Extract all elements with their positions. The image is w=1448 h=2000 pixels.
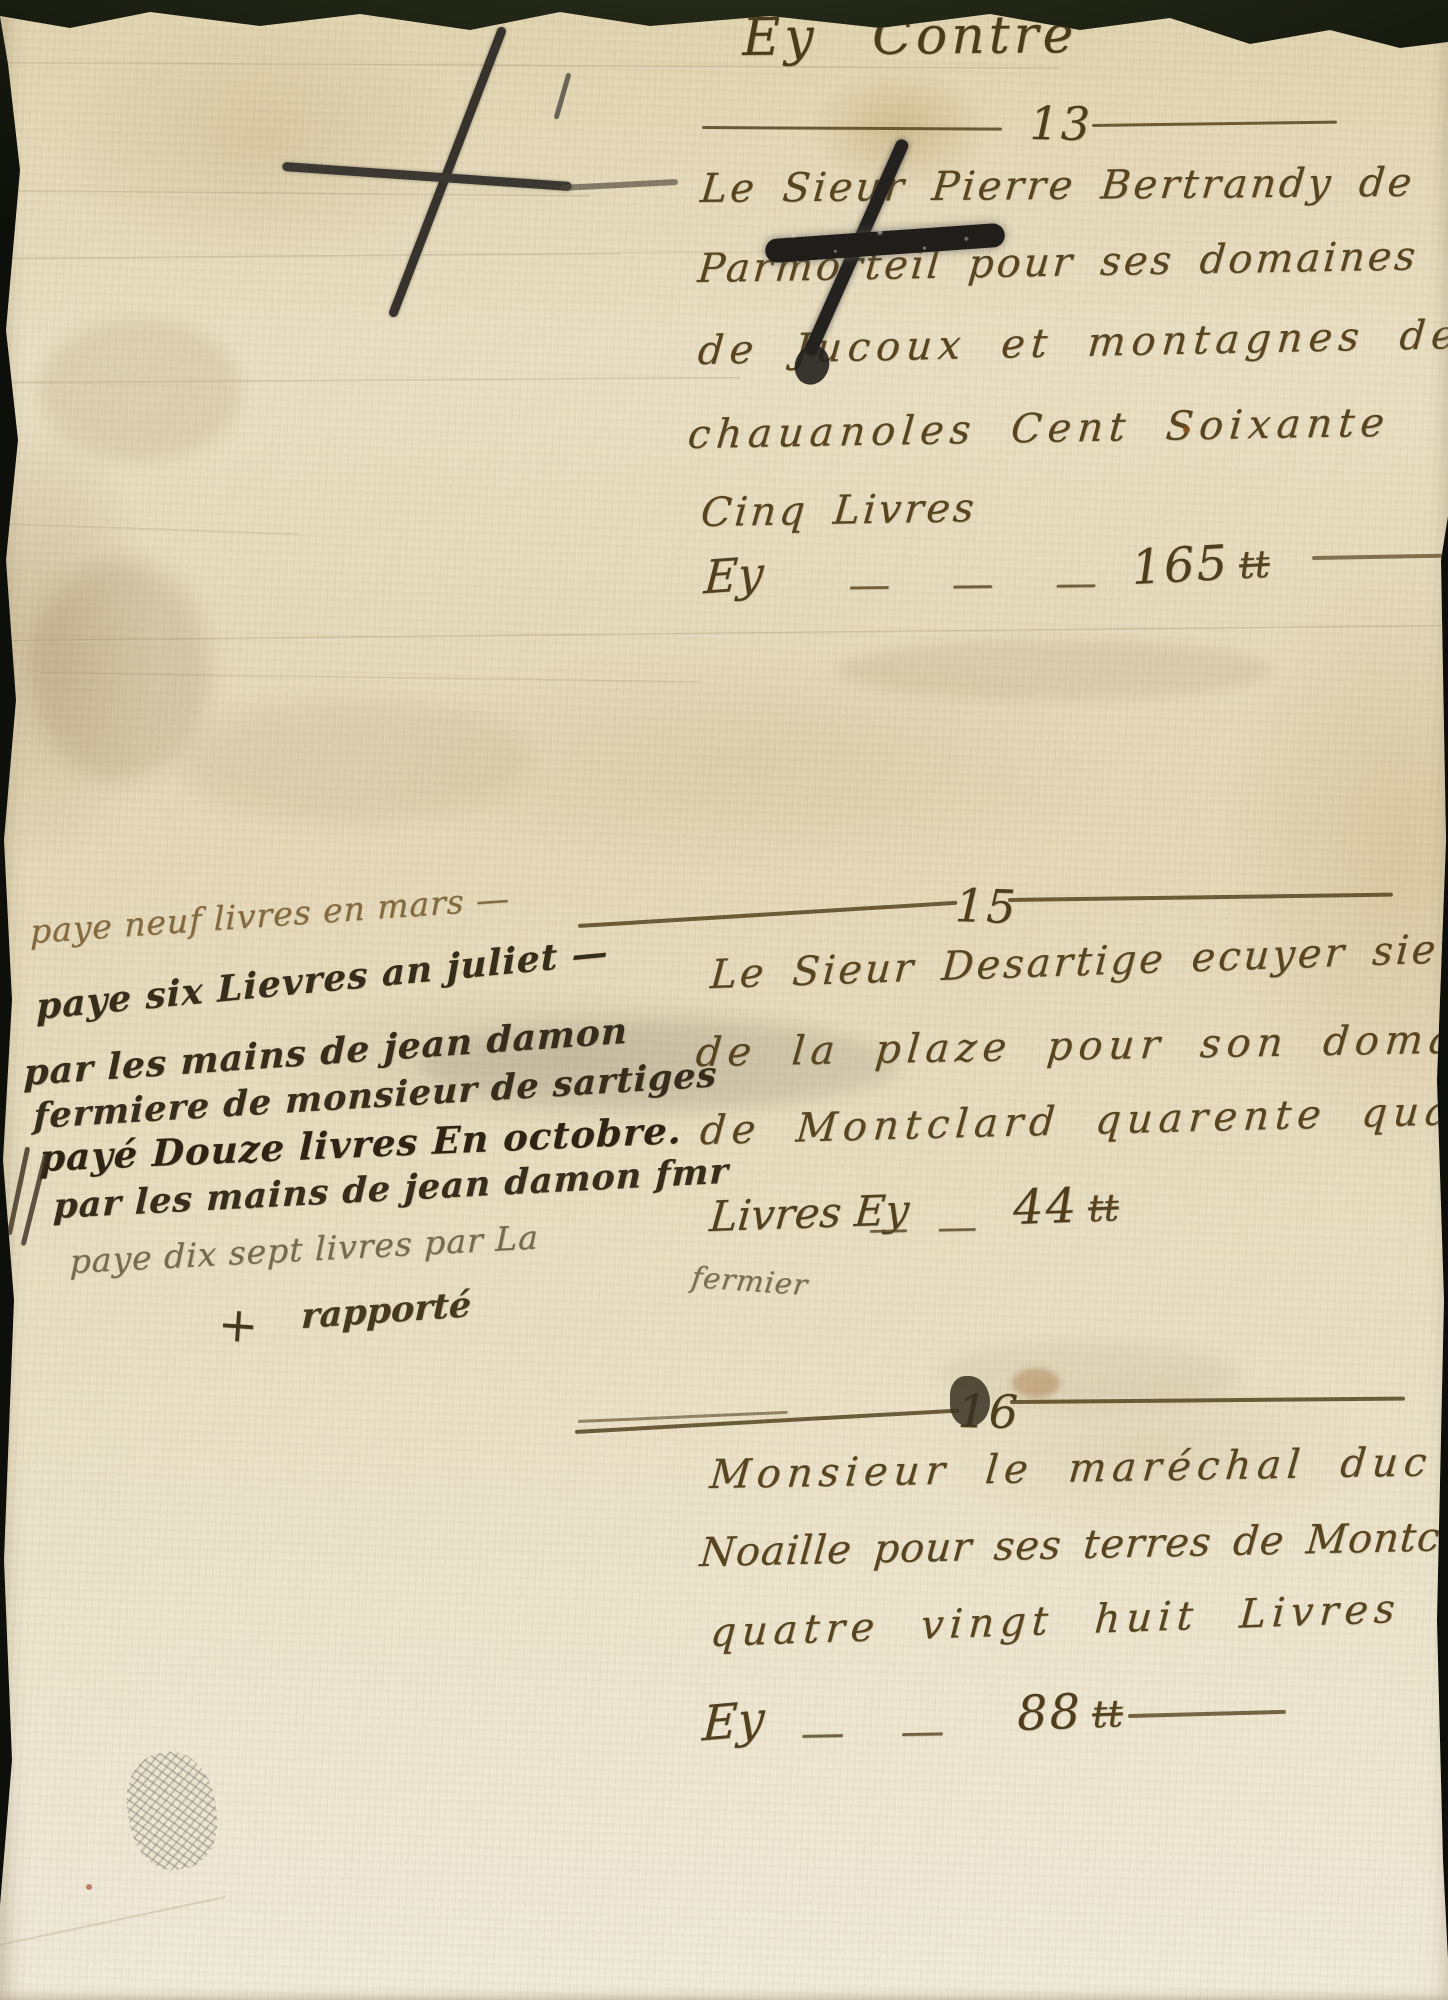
rapporte-cross-mark: +: [216, 1296, 260, 1355]
scan-background: Ey Contre 13 Le Sieur Pierre Bertrandy d…: [0, 0, 1448, 2000]
ink-smudge-hatched: [118, 1745, 225, 1876]
entry-15-rule-left: [578, 901, 958, 928]
ink-bleed-smudge: [180, 700, 530, 820]
ink-bleed-smudge: [30, 560, 210, 780]
entry-13-number: 13: [1029, 96, 1092, 151]
amount-value: 165: [1130, 535, 1230, 596]
entry-15-number: 15: [954, 878, 1018, 934]
entry-16-line: Noaille pour ses terres de Montclard: [698, 1513, 1448, 1576]
crease-line: [0, 523, 300, 536]
entry-16-total-prefix: Ey: [701, 1691, 766, 1753]
entry-15-rule-right: [1008, 893, 1393, 902]
ink-bleed-smudge: [40, 320, 240, 460]
entry-16-total-amount: 88tt: [1016, 1682, 1124, 1742]
entry-15-line: Le Sieur Desartige ecuyer sieur: [709, 925, 1448, 998]
livres-unit: tt: [1238, 542, 1271, 588]
entry-15-total-dashes: — —: [868, 1204, 978, 1252]
entry-16-trailing-dash: [1128, 1710, 1286, 1718]
amount-value: 44: [1012, 1178, 1079, 1236]
entry-15-total-amount: 44tt: [1012, 1176, 1120, 1236]
amount-value: 88: [1016, 1684, 1083, 1742]
entry-13-rule-right: [1092, 121, 1337, 127]
entry-13-line: chauanoles Cent Soixante: [686, 400, 1392, 458]
entry-16-total-dashes: — —: [800, 1705, 945, 1759]
entry-13-line: Cinq Livres: [699, 485, 979, 536]
ink-blot: [950, 1376, 990, 1426]
rust-speck: [86, 1884, 92, 1890]
entry-16-line: quatre vingt huit Livres: [709, 1586, 1403, 1656]
entry-13-total-prefix: Ey: [702, 546, 765, 605]
entry-15-line: de la plaze pour son domaine: [694, 1015, 1448, 1076]
ink-bleed-smudge: [840, 640, 1270, 700]
rust-speck: [1183, 426, 1190, 433]
crease-line: [0, 253, 620, 261]
margin-note: fermier: [689, 1260, 810, 1302]
crease-line: [0, 377, 740, 385]
entry-13-trailing-dash: [1312, 554, 1444, 560]
entry-16-line: Monsieur le maréchal duc de: [708, 1438, 1448, 1498]
cancellation-cross-stroke: [282, 162, 572, 191]
livres-unit: tt: [1091, 1691, 1123, 1736]
crease-line: [40, 672, 700, 684]
page-title: Ey Contre: [742, 5, 1077, 68]
livres-unit: tt: [1087, 1185, 1119, 1230]
entry-15-line: de Montclard quarente quatre: [698, 1086, 1448, 1154]
entry-13-total-dashes: — — —: [848, 558, 1097, 609]
entry-13-rule-left: [702, 126, 1002, 131]
stray-pen-mark: [553, 72, 571, 120]
entry-13-line: Le Sieur Pierre Bertrandy de: [699, 160, 1417, 212]
entry-13-total-amount: 165tt: [1130, 533, 1271, 596]
crease-ink-dash: [560, 179, 678, 191]
manuscript-page: Ey Contre 13 Le Sieur Pierre Bertrandy d…: [0, 0, 1448, 2000]
margin-note: paye six Lievres an juliet —: [36, 931, 609, 1028]
crease-line: [0, 190, 590, 198]
entry-16-rule-right: [1010, 1397, 1405, 1404]
margin-note: paye dix sept livres par La: [69, 1217, 539, 1281]
rapporte-note: rapporté: [301, 1284, 472, 1337]
crease-line: [0, 1896, 225, 1947]
crease-line: [0, 625, 1448, 643]
margin-note: paye neuf livres en mars —: [30, 878, 510, 951]
